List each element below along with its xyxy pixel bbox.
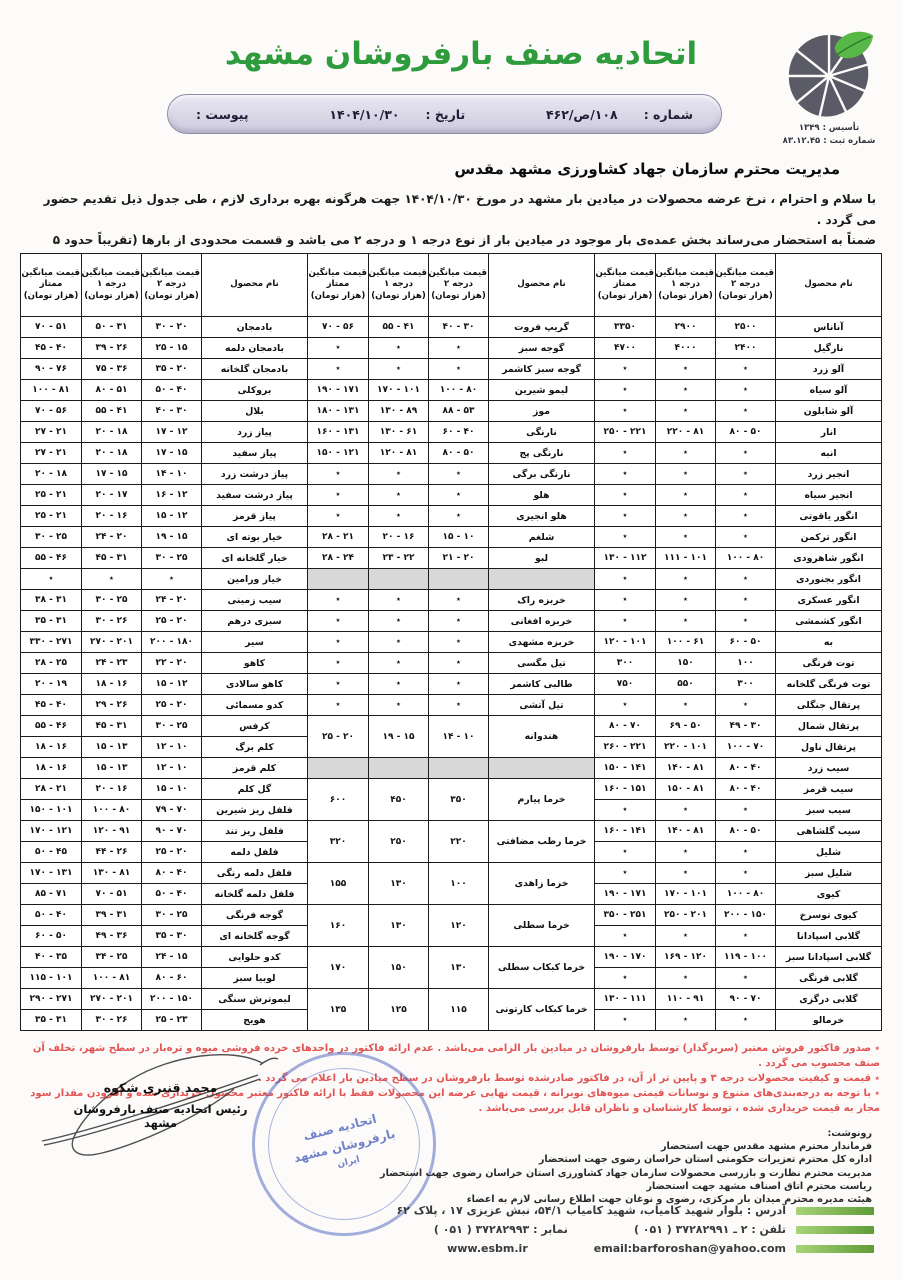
price-cell: ٭: [595, 401, 656, 422]
price-cell: ٭: [595, 569, 656, 590]
price-cell: ٭: [656, 506, 716, 527]
price-cell: ۱۹۰ - ۱۷۱: [595, 884, 656, 905]
table-row: آلو شابلون٭٭٭موز۸۸ - ۵۳۱۳۰ - ۸۹۱۸۰ - ۱۳۱…: [21, 401, 882, 422]
price-cell: ٭: [595, 506, 656, 527]
price-cell: ۲۰ - ۱۶: [82, 779, 142, 800]
price-cell: ۲۷ - ۲۱: [21, 443, 82, 464]
product-cell: انگور ترکمن: [776, 527, 882, 548]
cc-list: فرماندار محترم مشهد مقدس جهت استحضارادار…: [380, 1140, 872, 1206]
col-header-product: نام محصول: [202, 254, 308, 317]
page-title: اتحادیه صنف بارفروشان مشهد: [190, 36, 732, 72]
product-cell: انجیر سیاه: [776, 485, 882, 506]
price-cell: ۸۰ - ۴۰: [142, 863, 202, 884]
product-cell: کدو مسمائی: [202, 695, 308, 716]
product-cell: نارنگی: [489, 422, 595, 443]
price-cell: ۱۳۰: [369, 905, 429, 947]
price-cell: ٭: [429, 338, 489, 359]
price-cell: ٭: [308, 338, 369, 359]
col-header-price: قیمت میانگیندرجه ۱(هزار تومان): [82, 254, 142, 317]
product-cell: طالبی کاشمر: [489, 674, 595, 695]
product-cell: کلم برگ: [202, 737, 308, 758]
price-cell: ٭: [369, 485, 429, 506]
price-cell: ۱۰۰ - ۸۱: [21, 380, 82, 401]
price-cell: ٭: [595, 863, 656, 884]
address-line: آدرس : بلوار شهید کامیاب، شهید کامیاب ۵۴…: [28, 1205, 874, 1216]
price-cell: ۴۵۰: [369, 779, 429, 821]
price-cell: ٭: [656, 695, 716, 716]
product-cell: پیاز سفید: [202, 443, 308, 464]
price-cell: ۱۹۰ - ۱۷۰: [595, 947, 656, 968]
product-cell: انبه: [776, 443, 882, 464]
table-row: انگور ترکمن٭٭٭شلغم۱۵ - ۱۰۲۰ - ۱۶۲۸ - ۲۱خ…: [21, 527, 882, 548]
price-cell: ۱۴۰ - ۸۱: [656, 821, 716, 842]
product-cell: پیاز درشت سفید: [202, 485, 308, 506]
price-cell: ۲۵۰۰: [716, 317, 776, 338]
price-cell: ۵۵ - ۴۱: [82, 401, 142, 422]
number-label: شماره :: [644, 107, 693, 122]
product-cell: بادمجان گلخانه: [202, 359, 308, 380]
product-cell: سیب قرمز: [776, 779, 882, 800]
price-cell: ۱۵۰: [656, 653, 716, 674]
price-cell: ۲۲۰ - ۸۱: [656, 422, 716, 443]
price-cell: ۱۶۰ - ۱۵۱: [595, 779, 656, 800]
price-cell: ٭: [369, 506, 429, 527]
price-cell: ٭: [429, 695, 489, 716]
price-cell: ۴۵ - ۴۰: [21, 338, 82, 359]
price-cell: ۸۰ - ۵۱: [82, 380, 142, 401]
price-cell: ٭: [716, 1010, 776, 1031]
product-cell: انگور عسکری: [776, 590, 882, 611]
product-cell: شلیل: [776, 842, 882, 863]
price-cell: ۱۰۰ - ۸۰: [429, 380, 489, 401]
price-cell: ۵۵ - ۴۶: [21, 716, 82, 737]
price-cell: ۴۰ - ۳۰: [142, 401, 202, 422]
price-cell: ۱۸۰ - ۱۳۱: [308, 401, 369, 422]
price-cell: ۱۵۰ - ۱۴۱: [595, 758, 656, 779]
product-cell: کلم قرمز: [202, 758, 308, 779]
table-row: انار۸۰ - ۵۰۲۲۰ - ۸۱۲۵۰ - ۲۲۱نارنگی۶۰ - ۴…: [21, 422, 882, 443]
price-cell: ۸۰ - ۴۰: [716, 779, 776, 800]
product-cell: انگور کشمشی: [776, 611, 882, 632]
number-value: ۴۶۲/ص/۱۰۸: [546, 107, 618, 122]
price-cell: ٭: [21, 569, 82, 590]
union-logo: تأسیس : ۱۳۴۹ شماره ثبت : ۸۳.۱۲.۴۵: [768, 26, 890, 148]
product-cell: خربزه افغانی: [489, 611, 595, 632]
price-cell: ۳۰ - ۲۵: [142, 548, 202, 569]
price-cell: ۵۵۰: [656, 674, 716, 695]
price-cell: ٭: [656, 359, 716, 380]
price-cell: ٭: [595, 485, 656, 506]
signature-block: محمد قنبری شکوه رئیس اتحادیه صنف بارفروش…: [58, 1080, 263, 1130]
signer-name: محمد قنبری شکوه: [58, 1080, 263, 1095]
product-cell: بروکلی: [202, 380, 308, 401]
price-cell: ٭: [716, 590, 776, 611]
empty-cell: [308, 758, 369, 779]
col-header-price: قیمت میانگیندرجه ۲(هزار تومان): [142, 254, 202, 317]
empty-cell: [369, 758, 429, 779]
price-cell: ۱۰۰ - ۸۰: [716, 548, 776, 569]
price-cell: ۲۰ - ۱۶: [82, 506, 142, 527]
product-cell: پرتقال ناول: [776, 737, 882, 758]
price-cell: ٭: [656, 590, 716, 611]
price-cell: ٭: [656, 926, 716, 947]
price-cell: ۸۰ - ۵۰: [429, 443, 489, 464]
price-cell: ۲۰ - ۱۸: [82, 422, 142, 443]
price-cell: ۳۰۰: [716, 674, 776, 695]
price-cell: ۱۱۱ - ۱۰۱: [656, 548, 716, 569]
price-cell: ۱۷۰ - ۱۰۱: [369, 380, 429, 401]
price-cell: ۲۰۰ - ۱۵۰: [716, 905, 776, 926]
price-cell: ٭: [656, 443, 716, 464]
price-cell: ۲۴ - ۲۰: [82, 527, 142, 548]
product-cell: خرما پیارم: [489, 779, 595, 821]
price-cell: ٭: [429, 674, 489, 695]
price-cell: ٭: [369, 359, 429, 380]
green-bar-icon: [796, 1245, 874, 1253]
product-cell: کدو حلوایی: [202, 947, 308, 968]
table-row: انگور عسکری٭٭٭خربزه راک٭٭٭سیب زمینی۲۴ - …: [21, 590, 882, 611]
price-cell: ۸۰ - ۴۰: [716, 758, 776, 779]
price-cell: ۱۱۵: [429, 989, 489, 1031]
table-row: شلیل سبز٭٭٭خرما زاهدی۱۰۰۱۳۰۱۵۵فلفل دلمه …: [21, 863, 882, 884]
product-cell: آلو سیاه: [776, 380, 882, 401]
price-cell: ۳۴ - ۲۵: [82, 947, 142, 968]
price-cell: ۲۰ - ۱۷: [82, 485, 142, 506]
price-cell: ٭: [308, 359, 369, 380]
empty-cell: [308, 569, 369, 590]
price-cell: ٭: [656, 380, 716, 401]
price-cell: ٭: [595, 611, 656, 632]
letter-page: تأسیس : ۱۳۴۹ شماره ثبت : ۸۳.۱۲.۴۵ اتحادی…: [0, 0, 902, 1280]
price-cell: ۶۰ - ۵۰: [716, 632, 776, 653]
price-cell: ۱۸ - ۱۶: [82, 674, 142, 695]
price-cell: ٭: [308, 485, 369, 506]
cc-item: ریاست محترم اتاق اصناف مشهد جهت استحضار: [380, 1180, 872, 1193]
price-cell: ۱۲۰: [429, 905, 489, 947]
price-cell: ۲۹۰۰: [656, 317, 716, 338]
price-cell: ٭: [369, 695, 429, 716]
price-cell: ٭: [716, 527, 776, 548]
green-bar-icon: [796, 1207, 874, 1215]
product-cell: به: [776, 632, 882, 653]
empty-cell: [369, 569, 429, 590]
price-cell: ۳۲۰: [308, 821, 369, 863]
product-cell: آلو زرد: [776, 359, 882, 380]
price-cell: ۷۰ - ۵۶: [308, 317, 369, 338]
price-cell: ۷۰ - ۵۶: [21, 401, 82, 422]
price-cell: ٭: [716, 968, 776, 989]
price-cell: ٭: [429, 653, 489, 674]
col-header-product: نام محصول: [776, 254, 882, 317]
price-cell: ۲۷۰ - ۲۰۱: [82, 989, 142, 1010]
product-cell: کیوی توسرخ: [776, 905, 882, 926]
price-cell: ٭: [716, 926, 776, 947]
cc-item: اداره کل محترم تعزیرات حکومتی استان خراس…: [380, 1153, 872, 1166]
price-cell: ۷۵۰: [595, 674, 656, 695]
product-cell: سیب گلشاهی: [776, 821, 882, 842]
price-cell: ٭: [656, 527, 716, 548]
product-cell: خربزه مشهدی: [489, 632, 595, 653]
price-cell: ٭: [308, 695, 369, 716]
price-cell: ۱۷۰ - ۱۳۱: [21, 863, 82, 884]
product-cell: فلفل دلمه: [202, 842, 308, 863]
price-cell: ۴۰۰۰: [656, 338, 716, 359]
price-cell: ۵۰ - ۴۰: [142, 380, 202, 401]
price-table-wrapper: نام محصولقیمت میانگیندرجه ۲(هزار تومان)ق…: [20, 253, 882, 1031]
price-cell: ٭: [429, 506, 489, 527]
price-cell: ۲۵۰: [369, 821, 429, 863]
table-row: سیب گلشاهی۸۰ - ۵۰۱۴۰ - ۸۱۱۶۰ - ۱۴۱خرما ر…: [21, 821, 882, 842]
product-cell: بلال: [202, 401, 308, 422]
product-cell: موز: [489, 401, 595, 422]
price-cell: ۱۵ - ۱۲: [142, 506, 202, 527]
price-cell: ۱۰۰: [716, 653, 776, 674]
price-cell: ٭: [308, 653, 369, 674]
price-cell: ۳۰ - ۲۵: [21, 527, 82, 548]
price-cell: ۱۸ - ۱۶: [21, 758, 82, 779]
price-cell: ٭: [369, 674, 429, 695]
price-cell: ۱۷۰: [308, 947, 369, 989]
price-cell: ۱۳۰ - ۸۹: [369, 401, 429, 422]
price-cell: ٭: [656, 464, 716, 485]
price-cell: ٭: [595, 443, 656, 464]
product-cell: هویج: [202, 1010, 308, 1031]
price-cell: ۳۳۵۰: [595, 317, 656, 338]
price-cell: ۷۵ - ۳۶: [82, 359, 142, 380]
price-cell: ۲۷ - ۲۱: [21, 422, 82, 443]
price-cell: ۳۹ - ۳۱: [82, 905, 142, 926]
product-cell: انگور شاهرودی: [776, 548, 882, 569]
price-cell: ۹۰ - ۷۰: [716, 989, 776, 1010]
price-cell: ۲۸ - ۲۱: [308, 527, 369, 548]
price-cell: ٭: [716, 842, 776, 863]
established-text: تأسیس : ۱۳۴۹: [768, 122, 890, 135]
price-cell: ۸۰ - ۶۰: [142, 968, 202, 989]
price-cell: ٭: [308, 674, 369, 695]
product-cell: گوجه فرنگی: [202, 905, 308, 926]
table-row: آلو زرد٭٭٭گوجه سبز کاشمر٭٭٭بادمجان گلخان…: [21, 359, 882, 380]
price-cell: ۱۵ - ۱۳: [82, 737, 142, 758]
price-cell: ۲۵ - ۲۳: [142, 1010, 202, 1031]
price-cell: ٭: [656, 842, 716, 863]
price-cell: ٭: [716, 800, 776, 821]
price-cell: ۳۵۰: [429, 779, 489, 821]
col-header-price: قیمت میانگینممتاز(هزار تومان): [308, 254, 369, 317]
product-cell: گلابی فرنگی: [776, 968, 882, 989]
price-cell: ۱۶۰ - ۱۳۱: [308, 422, 369, 443]
price-cell: ۱۵ - ۱۰: [429, 527, 489, 548]
table-row: آناناس۲۵۰۰۲۹۰۰۳۳۵۰گریپ فروت۴۰ - ۳۰۵۵ - ۴…: [21, 317, 882, 338]
product-cell: پرتقال جنگلی: [776, 695, 882, 716]
price-cell: ۱۳۰: [429, 947, 489, 989]
fax-text: نمابر : ۳۷۲۸۲۹۹۳ ( ۰۵۱ ): [434, 1224, 568, 1235]
price-cell: ۱۵۵: [308, 863, 369, 905]
price-cell: ۲۷۰ - ۲۰۱: [82, 632, 142, 653]
table-row: انگور یاقوتی٭٭٭هلو انجیری٭٭٭پیاز قرمز۱۵ …: [21, 506, 882, 527]
cc-section: رونوشت: فرماندار محترم مشهد مقدس جهت است…: [380, 1127, 872, 1206]
product-cell: آلو شابلون: [776, 401, 882, 422]
product-cell: انجیر زرد: [776, 464, 882, 485]
product-cell: پیاز قرمز: [202, 506, 308, 527]
table-row: انگور شاهرودی۱۰۰ - ۸۰۱۱۱ - ۱۰۱۱۳۰ - ۱۱۲ل…: [21, 548, 882, 569]
product-cell: کیوی: [776, 884, 882, 905]
price-cell: ٭: [716, 863, 776, 884]
green-bar-icon: [796, 1226, 874, 1234]
price-cell: ۱۰۰ - ۸۰: [82, 800, 142, 821]
web-line: email:barforoshan@yahoo.com www.esbm.ir: [28, 1243, 874, 1254]
product-cell: شلغم: [489, 527, 595, 548]
product-cell: هندوانه: [489, 716, 595, 758]
price-cell: ۱۲۰ - ۸۱: [369, 443, 429, 464]
price-cell: ۳۵ - ۳۰: [142, 926, 202, 947]
registration-number: شماره ثبت : ۸۳.۱۲.۴۵: [768, 135, 890, 148]
price-cell: ۲۵۰ - ۲۲۱: [595, 422, 656, 443]
price-cell: ٭: [716, 401, 776, 422]
price-cell: ۴۵ - ۴۰: [21, 695, 82, 716]
price-cell: ۱۳۰: [369, 863, 429, 905]
product-cell: فلفل دلمه گلخانه: [202, 884, 308, 905]
date-value: ۱۴۰۴/۱۰/۳۰: [329, 107, 399, 122]
product-cell: توت فرنگی گلخانه: [776, 674, 882, 695]
product-cell: نارگیل: [776, 338, 882, 359]
product-cell: فلفل ریز شیرین: [202, 800, 308, 821]
product-cell: گوجه سبز کاشمر: [489, 359, 595, 380]
col-header-price: قیمت میانگیندرجه ۲(هزار تومان): [429, 254, 489, 317]
product-cell: گوجه گلخانه ای: [202, 926, 308, 947]
price-cell: ۱۳۰ - ۱۱۱: [595, 989, 656, 1010]
product-cell: خیار بوته ای: [202, 527, 308, 548]
price-cell: ٭: [308, 611, 369, 632]
product-cell: پیاز درشت زرد: [202, 464, 308, 485]
price-cell: ۱۵ - ۱۰: [142, 779, 202, 800]
product-cell: نارنگی پج: [489, 443, 595, 464]
price-cell: ۸۰ - ۵۰: [716, 422, 776, 443]
product-cell: توت فرنگی: [776, 653, 882, 674]
price-cell: ۷۹ - ۷۰: [142, 800, 202, 821]
price-cell: ٭: [716, 359, 776, 380]
price-cell: ۹۰ - ۷۰: [142, 821, 202, 842]
price-cell: ٭: [656, 800, 716, 821]
price-cell: ۱۵۰ - ۸۱: [656, 779, 716, 800]
product-cell: انگور بجنوردی: [776, 569, 882, 590]
price-cell: ٭: [656, 611, 716, 632]
product-cell: سبزی درهم: [202, 611, 308, 632]
price-cell: ٭: [429, 611, 489, 632]
price-cell: ٭: [595, 590, 656, 611]
price-cell: ۲۲ - ۲۰: [142, 653, 202, 674]
product-cell: بادمجان: [202, 317, 308, 338]
price-cell: ۳۰ - ۲۵: [142, 716, 202, 737]
price-cell: ۲۲۰: [429, 821, 489, 863]
price-cell: ۱۱۰ - ۹۱: [656, 989, 716, 1010]
price-cell: ۶۹ - ۵۰: [656, 716, 716, 737]
signer-role: رئیس اتحادیه صنف بارفروشان مشهد: [58, 1102, 263, 1130]
product-cell: هلو انجیری: [489, 506, 595, 527]
price-cell: ٭: [308, 590, 369, 611]
price-cell: ٭: [429, 464, 489, 485]
table-row: انجیر زرد٭٭٭نارنگی برگی٭٭٭پیاز درشت زرد۱…: [21, 464, 882, 485]
price-cell: ۳۵ - ۳۱: [21, 611, 82, 632]
product-cell: نارنگی برگی: [489, 464, 595, 485]
letter-body-line: با سلام و احترام ، نرخ عرضه محصولات در م…: [26, 189, 876, 230]
price-cell: ٭: [142, 569, 202, 590]
product-cell: انگور یاقوتی: [776, 506, 882, 527]
letter-number-field: شماره : ۴۶۲/ص/۱۰۸: [546, 107, 693, 122]
price-cell: ٭: [716, 464, 776, 485]
price-cell: ۳۳۰ - ۲۷۱: [21, 632, 82, 653]
price-cell: ٭: [369, 464, 429, 485]
price-cell: ۱۳۰ - ۱۱۲: [595, 548, 656, 569]
price-cell: ۳۰ - ۲۶: [82, 1010, 142, 1031]
product-cell: پیاز زرد: [202, 422, 308, 443]
price-cell: ۵۰ - ۴۰: [142, 884, 202, 905]
price-cell: ۳۰ - ۲۰: [142, 317, 202, 338]
price-cell: ٭: [656, 569, 716, 590]
price-cell: ۲۵ - ۲۰: [142, 842, 202, 863]
product-cell: انار: [776, 422, 882, 443]
address-text: آدرس : بلوار شهید کامیاب، شهید کامیاب ۵۴…: [396, 1205, 786, 1216]
table-row: سیب قرمز۸۰ - ۴۰۱۵۰ - ۸۱۱۶۰ - ۱۵۱خرما پیا…: [21, 779, 882, 800]
table-header: نام محصولقیمت میانگیندرجه ۲(هزار تومان)ق…: [21, 254, 882, 317]
product-cell: کرفس: [202, 716, 308, 737]
table-row: به۶۰ - ۵۰۱۰۰ - ۶۱۱۲۰ - ۱۰۱خربزه مشهدی٭٭٭…: [21, 632, 882, 653]
product-cell: لیموترش سنگی: [202, 989, 308, 1010]
price-cell: ۲۹۰ - ۲۷۱: [21, 989, 82, 1010]
price-cell: ٭: [595, 1010, 656, 1031]
price-cell: ٭: [595, 695, 656, 716]
table-row: انبه٭٭٭نارنگی پج۸۰ - ۵۰۱۲۰ - ۸۱۱۵۰ - ۱۲۱…: [21, 443, 882, 464]
price-cell: ۲۰۰ - ۱۵۰: [142, 989, 202, 1010]
email-text: email:barforoshan@yahoo.com: [594, 1243, 786, 1254]
price-cell: ۱۴ - ۱۰: [142, 464, 202, 485]
product-cell: شلیل سبز: [776, 863, 882, 884]
price-cell: ۲۶۰ - ۲۲۱: [595, 737, 656, 758]
price-cell: ۲۱ - ۲۰: [429, 548, 489, 569]
letter-meta-bar: شماره : ۴۶۲/ص/۱۰۸ تاریخ : ۱۴۰۴/۱۰/۳۰ پیو…: [167, 94, 722, 134]
price-cell: ۲۴۰۰: [716, 338, 776, 359]
col-header-price: قیمت میانگیندرجه ۱(هزار تومان): [369, 254, 429, 317]
header-row: نام محصولقیمت میانگیندرجه ۲(هزار تومان)ق…: [21, 254, 882, 317]
table-row: آلو سیاه٭٭٭لیمو شیرین۱۰۰ - ۸۰۱۷۰ - ۱۰۱۱۹…: [21, 380, 882, 401]
price-cell: ۲۸ - ۲۵: [21, 653, 82, 674]
price-cell: ۲۹ - ۲۶: [82, 695, 142, 716]
letter-date-field: تاریخ : ۱۴۰۴/۱۰/۳۰: [329, 107, 465, 122]
price-cell: ۸۰ - ۷۰: [595, 716, 656, 737]
price-cell: ٭: [716, 485, 776, 506]
product-cell: کاهو سالادی: [202, 674, 308, 695]
price-cell: ۲۵ - ۲۰: [142, 695, 202, 716]
product-cell: گلابی درگزی: [776, 989, 882, 1010]
website-text: www.esbm.ir: [447, 1243, 528, 1254]
product-cell: خیار گلخانه ای: [202, 548, 308, 569]
product-cell: بادمجان دلمه: [202, 338, 308, 359]
price-cell: ٭: [595, 800, 656, 821]
product-cell: گلابی اسپادانا: [776, 926, 882, 947]
table-row: گلابی اسپادانا سبز۱۱۹ - ۱۰۰۱۶۹ - ۱۲۰۱۹۰ …: [21, 947, 882, 968]
col-header-price: قیمت میانگیندرجه ۲(هزار تومان): [716, 254, 776, 317]
table-row: نارگیل۲۴۰۰۴۰۰۰۴۷۰۰گوجه سبز٭٭٭بادمجان دلم…: [21, 338, 882, 359]
price-cell: ۲۸ - ۲۱: [21, 779, 82, 800]
table-row: انگور بجنوردی٭٭٭خیار ورامین٭٭٭: [21, 569, 882, 590]
price-cell: ۲۵ - ۲۱: [21, 485, 82, 506]
price-cell: ٭: [308, 506, 369, 527]
product-cell: لبو: [489, 548, 595, 569]
price-cell: ۱۵ - ۱۲: [142, 674, 202, 695]
product-cell: هلو: [489, 485, 595, 506]
price-cell: ۱۲۰ - ۱۰۱: [595, 632, 656, 653]
table-row: انجیر سیاه٭٭٭هلو٭٭٭پیاز درشت سفید۱۶ - ۱۲…: [21, 485, 882, 506]
price-cell: ۷۰ - ۵۱: [82, 884, 142, 905]
